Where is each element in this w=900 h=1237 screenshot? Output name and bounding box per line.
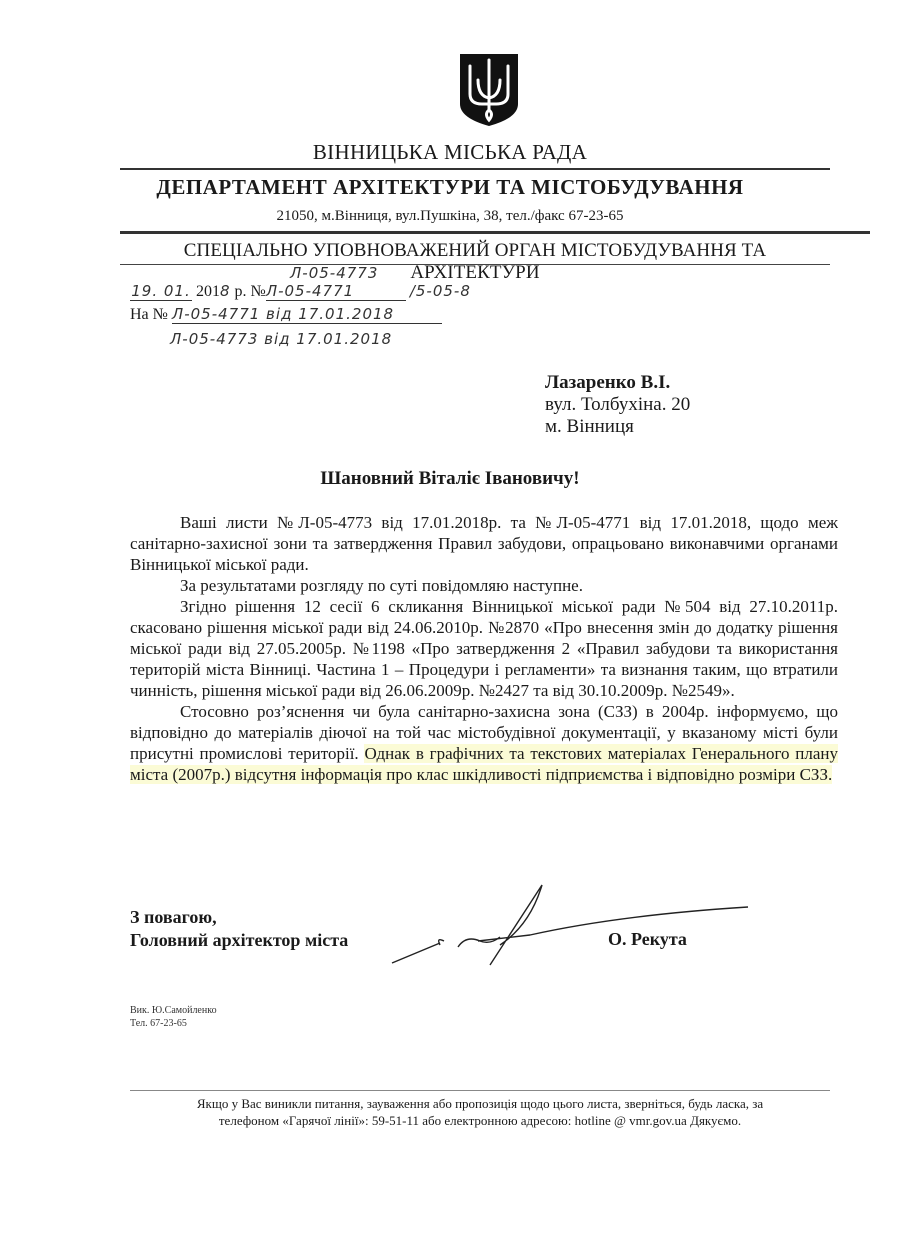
organ-title: СПЕЦІАЛЬНО УПОВНОВАЖЕНИЙ ОРГАН МІСТОБУДУ… [120, 240, 830, 284]
header-divider [120, 168, 830, 170]
council-name: ВІННИЦЬКА МІСЬКА РАДА [0, 140, 900, 165]
footer-divider [130, 1090, 830, 1091]
paragraph-1: Ваші листи №Л-05-4773 від 17.01.2018р. т… [130, 512, 838, 575]
executor-phone: Тел. 67-23-65 [130, 1017, 217, 1030]
year-label: р. № [235, 283, 266, 300]
outgoing-number: Л-05-4771 [266, 282, 406, 301]
closing-regards: З повагою, [130, 906, 348, 929]
executor-name: Вик. Ю.Самойленко [130, 1004, 217, 1017]
department-address: 21050, м.Вінниця, вул.Пушкіна, 38, тел./… [0, 208, 900, 225]
outgoing-number-extra: Л-05-4773 [290, 264, 378, 282]
year-prefix: 201 [196, 283, 220, 300]
outgoing-suffix: /5-05-8 [410, 282, 471, 300]
in-reply-number-1: Л-05-4771 від 17.01.2018 [172, 305, 442, 324]
signature-icon [380, 875, 750, 985]
letter-body: Ваші листи №Л-05-4773 від 17.01.2018р. т… [130, 512, 838, 785]
paragraph-2: За результатами розгляду по суті повідом… [130, 575, 838, 596]
organ-divider [120, 264, 830, 265]
recipient-name: Лазаренко В.І. [545, 372, 690, 394]
signer-name: О. Рекута [608, 929, 687, 950]
executor-block: Вик. Ю.Самойленко Тел. 67-23-65 [130, 1004, 217, 1030]
footer-note: Якщо у Вас виникли питання, зауваження а… [130, 1095, 830, 1129]
in-reply-number-2: Л-05-4773 від 17.01.2018 [170, 330, 392, 348]
recipient-street: вул. Толбухіна. 20 [545, 394, 690, 416]
department-name: ДЕПАРТАМЕНТ АРХІТЕКТУРИ ТА МІСТОБУДУВАНН… [0, 175, 900, 200]
in-reply-label: На № [130, 306, 168, 323]
header-divider-thick [120, 231, 870, 234]
paragraph-4: Стосовно роз’яснення чи була санітарно-з… [130, 701, 838, 785]
year-suffix: 8 [220, 282, 231, 300]
trident-emblem-icon [458, 52, 520, 128]
recipient-city: м. Вінниця [545, 416, 690, 438]
footer-line-1: Якщо у Вас виникли питання, зауваження а… [130, 1095, 830, 1112]
closing-block: З повагою, Головний архітектор міста [130, 906, 348, 952]
letter-date: 19. 01. [130, 282, 192, 301]
in-reply-reference: На № Л-05-4771 від 17.01.2018 [130, 305, 442, 324]
footer-line-2: телефоном «Гарячої лінії»: 59-51-11 або … [130, 1112, 830, 1129]
salutation: Шановний Віталіє Івановичу! [0, 468, 900, 490]
outgoing-reference: 19. 01. 2018 р. №Л-05-4771 /5-05-8 [130, 282, 471, 301]
signer-position: Головний архітектор міста [130, 929, 348, 952]
paragraph-3: Згідно рішення 12 сесії 6 скликання Вінн… [130, 596, 838, 701]
recipient-block: Лазаренко В.І. вул. Толбухіна. 20 м. Він… [545, 372, 690, 438]
